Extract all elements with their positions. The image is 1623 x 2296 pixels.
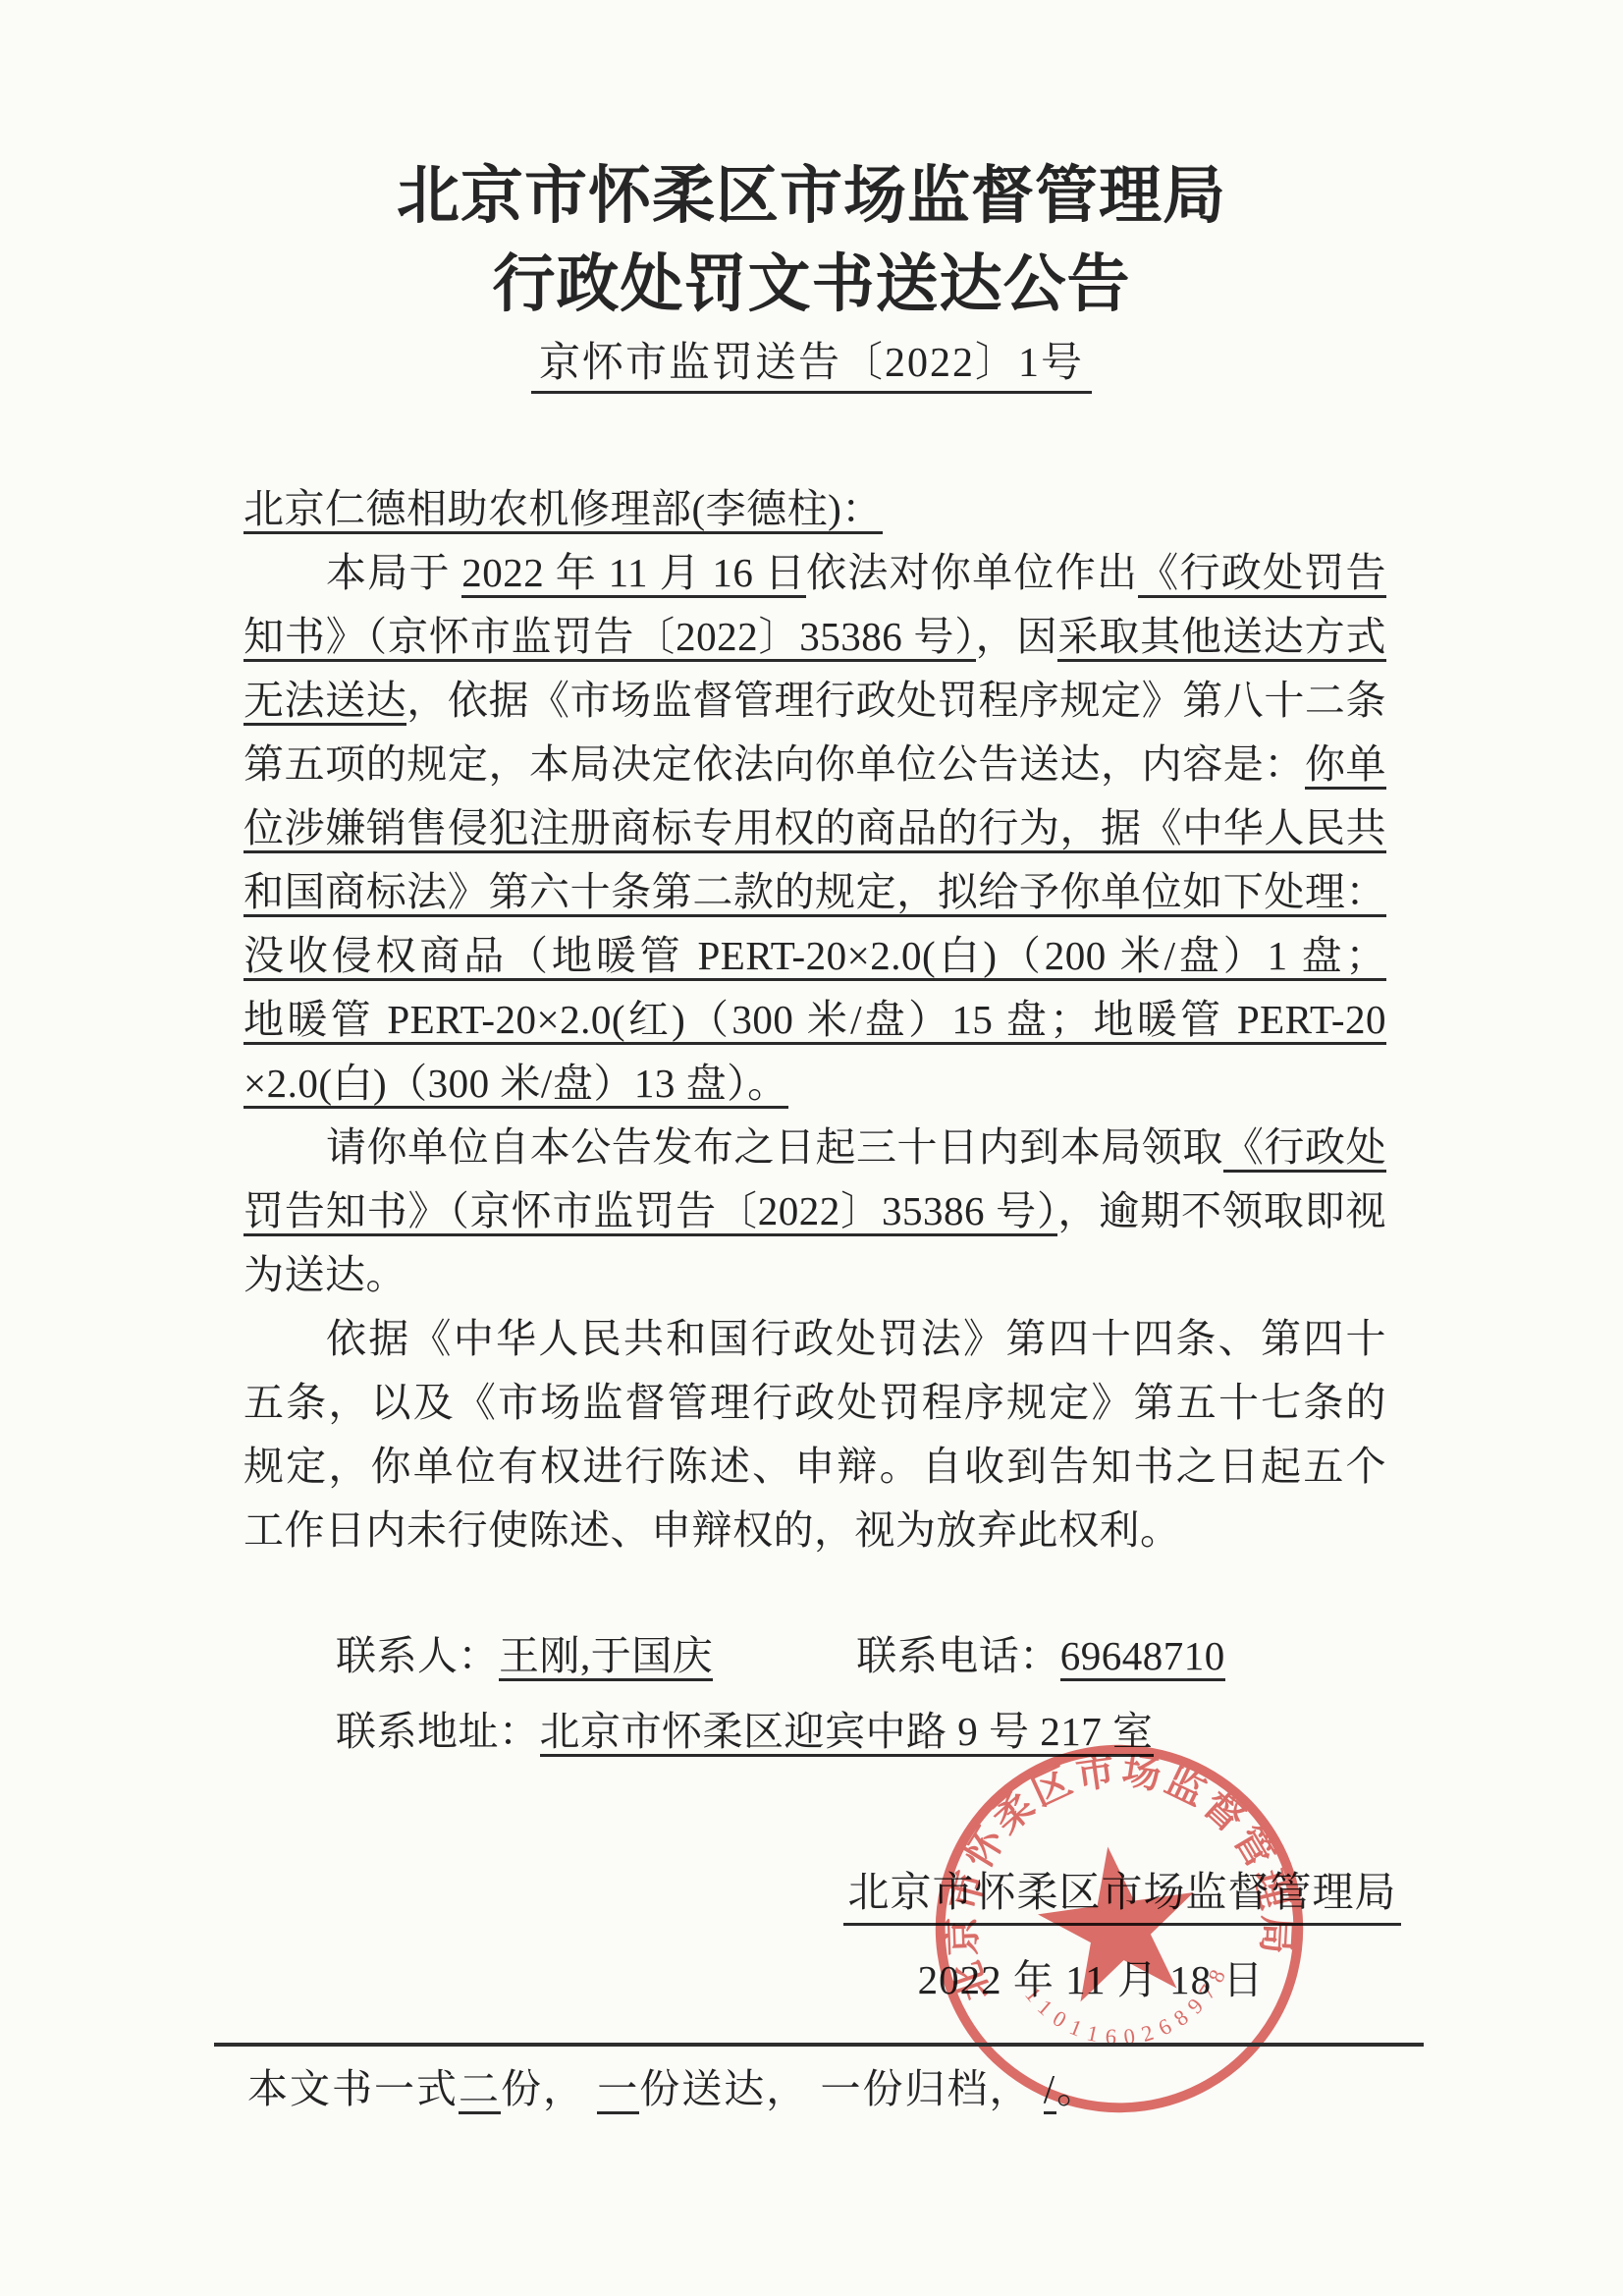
text-segment: 份送达， 一份归档， bbox=[639, 2066, 1044, 2111]
underlined-text-segment: 北京仁德相助农机修理部(李德柱)： bbox=[243, 486, 883, 534]
text-segment: 依法对你单位作出 bbox=[806, 550, 1138, 595]
text-segment: 依据《中华人民共和国行政处罚法》第四十四条、第四十 bbox=[326, 1316, 1386, 1361]
scan-edge-artifact bbox=[0, 2278, 1623, 2296]
underlined-text-segment: 采取其他送达方式 bbox=[1057, 614, 1386, 662]
underlined-text-segment: 和国商标法》第六十条第二款的规定，拟给予你单位如下处理： bbox=[243, 869, 1386, 917]
seal-star-icon bbox=[1030, 1835, 1207, 2005]
underlined-text-segment: 没收侵权商品（地暖管 PERT-20×2.0(白)（200 米/盘）1 盘； bbox=[243, 933, 1386, 981]
body-line: 知书》（京怀市监罚告〔2022〕35386 号），因采取其他送达方式 bbox=[243, 605, 1386, 669]
document-body: 北京仁德相助农机修理部(李德柱)： 本局于 2022 年 11 月 16 日依法… bbox=[243, 477, 1386, 1562]
text-segment: ，逾期不领取即视 bbox=[1057, 1188, 1386, 1233]
underlined-text-segment: 《行政处罚告 bbox=[1138, 550, 1386, 598]
text-segment: 请你单位自本公告发布之日起三十日内到本局领取 bbox=[326, 1124, 1223, 1170]
underlined-text-segment: 你单 bbox=[1305, 741, 1386, 790]
text-segment: 。 bbox=[1056, 2066, 1099, 2111]
footer-note: 本文书一式二份， 一份送达， 一份归档， /。 bbox=[247, 2058, 1099, 2119]
contact-person-value: 王刚,于国庆 bbox=[499, 1633, 713, 1681]
contact-phone-value: 69648710 bbox=[1060, 1633, 1225, 1681]
text-segment: ，依据《市场监督管理行政处罚程序规定》第八十二条 bbox=[406, 678, 1386, 723]
underlined-text-segment: 位涉嫌销售侵犯注册商标专用权的商品的行为，据《中华人民共 bbox=[243, 805, 1386, 853]
underlined-text-segment: 知书》（京怀市监罚告〔2022〕35386 号） bbox=[243, 614, 976, 662]
underlined-text-segment: 地暖管 PERT-20×2.0(红)（300 米/盘）15 盘；地暖管 PERT… bbox=[243, 997, 1386, 1045]
document-title-line1: 北京市怀柔区市场监督管理局 bbox=[0, 145, 1623, 236]
body-line: 请你单位自本公告发布之日起三十日内到本局领取《行政处 bbox=[243, 1116, 1386, 1179]
body-line-addressee: 北京仁德相助农机修理部(李德柱)： bbox=[243, 477, 1386, 541]
contact-address-label: 联系地址： bbox=[336, 1709, 540, 1754]
seal-serial: 1101160268978 bbox=[1018, 1955, 1242, 2063]
document-title-line2: 行政处罚文书送达公告 bbox=[0, 234, 1623, 324]
body-line: 本局于 2022 年 11 月 16 日依法对你单位作出《行政处罚告 bbox=[243, 541, 1386, 605]
body-line: 没收侵权商品（地暖管 PERT-20×2.0(白)（200 米/盘）1 盘； bbox=[243, 924, 1386, 988]
text-segment: 份， bbox=[501, 2066, 597, 2111]
footer-divider bbox=[214, 2043, 1424, 2047]
document-page: 北京市怀柔区市场监督管理局 行政处罚文书送达公告 京怀市监罚送告〔2022〕1号… bbox=[0, 0, 1623, 2296]
text-segment: 为送达。 bbox=[243, 1252, 406, 1297]
contact-phone-label: 联系电话： bbox=[856, 1633, 1060, 1678]
text-segment: 规定，你单位有权进行陈述、申辩。自收到告知书之日起五个 bbox=[243, 1444, 1386, 1489]
underlined-text-segment: 一 bbox=[597, 2066, 639, 2114]
underlined-text-segment: 无法送达 bbox=[243, 678, 406, 726]
contact-row-person-phone: 联系人：王刚,于国庆联系电话：69648710 bbox=[336, 1618, 1225, 1694]
underlined-text-segment: ×2.0(白)（300 米/盘）13 盘）。 bbox=[243, 1061, 788, 1109]
underlined-text-segment: 二 bbox=[459, 2066, 501, 2114]
svg-text:1101160268978: 1101160268978 bbox=[1018, 1955, 1242, 2063]
text-segment: 五条，以及《市场监督管理行政处罚程序规定》第五十七条的 bbox=[243, 1380, 1386, 1425]
body-line: 依据《中华人民共和国行政处罚法》第四十四条、第四十 bbox=[243, 1307, 1386, 1371]
body-line: 工作日内未行使陈述、申辩权的，视为放弃此权利。 bbox=[243, 1499, 1386, 1562]
text-segment: 工作日内未行使陈述、申辩权的，视为放弃此权利。 bbox=[243, 1507, 1181, 1553]
body-line: 位涉嫌销售侵犯注册商标专用权的商品的行为，据《中华人民共 bbox=[243, 796, 1386, 860]
document-number: 京怀市监罚送告〔2022〕1号 bbox=[0, 330, 1623, 389]
body-line: 规定，你单位有权进行陈述、申辩。自收到告知书之日起五个 bbox=[243, 1435, 1386, 1499]
body-line: 和国商标法》第六十条第二款的规定，拟给予你单位如下处理： bbox=[243, 860, 1386, 924]
body-line: ×2.0(白)（300 米/盘）13 盘）。 bbox=[243, 1052, 1386, 1116]
body-line: 地暖管 PERT-20×2.0(红)（300 米/盘）15 盘；地暖管 PERT… bbox=[243, 988, 1386, 1052]
underlined-text-segment: 《行政处 bbox=[1223, 1124, 1386, 1173]
text-segment: 本文书一式 bbox=[247, 2066, 459, 2111]
text-segment: ，因 bbox=[976, 614, 1058, 659]
document-number-text: 京怀市监罚送告〔2022〕1号 bbox=[531, 341, 1092, 394]
body-line: 无法送达，依据《市场监督管理行政处罚程序规定》第八十二条 bbox=[243, 669, 1386, 733]
contact-person-label: 联系人： bbox=[336, 1633, 499, 1678]
body-line: 罚告知书》（京怀市监罚告〔2022〕35386 号），逾期不领取即视 bbox=[243, 1179, 1386, 1243]
text-segment: 本局于 bbox=[326, 550, 461, 595]
body-line: 为送达。 bbox=[243, 1243, 1386, 1307]
underlined-text-segment: 2022 年 11 月 16 日 bbox=[461, 550, 806, 598]
body-line: 第五项的规定，本局决定依法向你单位公告送达，内容是：你单 bbox=[243, 733, 1386, 796]
body-line: 五条，以及《市场监督管理行政处罚程序规定》第五十七条的 bbox=[243, 1371, 1386, 1435]
underlined-text-segment: 罚告知书》（京怀市监罚告〔2022〕35386 号） bbox=[243, 1188, 1057, 1236]
text-segment: 第五项的规定，本局决定依法向你单位公告送达，内容是： bbox=[243, 741, 1305, 787]
underlined-text-segment: / bbox=[1044, 2066, 1056, 2114]
